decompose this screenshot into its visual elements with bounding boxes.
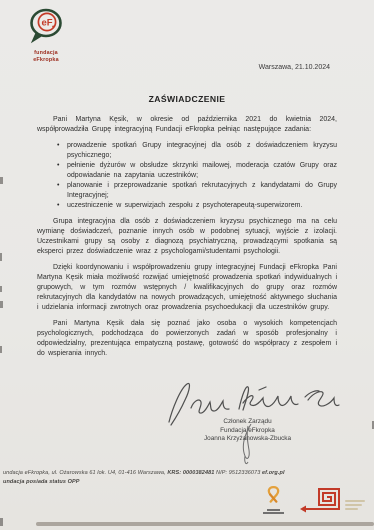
signature-block: Członek Zarządu Fundacja eFkropka Joanna… <box>160 418 335 444</box>
group-description-paragraph: Grupa integracyjna dla osób z doświadcze… <box>37 217 337 257</box>
logo-caption-line1: fundacja <box>24 50 68 57</box>
footer: undacja eFkropka, ul. Ożarowska 61 lok. … <box>3 469 285 487</box>
skills-paragraph: Dzięki koordynowaniu i współprowadzeniu … <box>37 263 337 313</box>
intro-paragraph: Pani Martyna Kęsik, w okresie od paździe… <box>37 115 337 135</box>
task-item: uczestniczenie w superwizjach zespołu z … <box>67 201 337 211</box>
scanned-certificate-page: eF fundacja eFkropka Warszawa, 21.10.202… <box>0 0 374 530</box>
document-title: ZAŚWIADCZENIE <box>0 94 374 104</box>
labyrinth-arrow-icon <box>292 483 344 513</box>
task-item: planowanie i przeprowadzanie spotkań rek… <box>67 181 337 201</box>
scan-mark <box>0 301 3 308</box>
signer-role: Członek Zarządu <box>160 418 335 427</box>
document-body: Pani Martyna Kęsik, w okresie od paździe… <box>37 115 337 365</box>
footer-opp-status: undacja posiada status OPP <box>3 478 285 487</box>
scan-mark <box>0 253 2 261</box>
ribbon-icon <box>265 486 282 503</box>
footer-address: undacja eFkropka, ul. Ożarowska 61 lok. … <box>3 470 167 476</box>
footer-address-line: undacja eFkropka, ul. Ożarowska 61 lok. … <box>3 469 285 478</box>
svg-text:eF: eF <box>41 17 52 28</box>
task-item: prowadzenie spotkań Grupy integracyjnej … <box>67 141 337 161</box>
city-and-date: Warszawa, 21.10.2024 <box>259 64 330 71</box>
task-list: prowadzenie spotkań Grupy integracyjnej … <box>37 141 337 211</box>
ribbon-caption-text <box>267 509 280 511</box>
signer-name: Joanna Krzyżanowska-Zbucka <box>160 435 335 444</box>
foundation-logo: eF fundacja eFkropka <box>24 8 68 64</box>
labyrinth-logo <box>292 483 344 518</box>
scan-mark <box>0 177 3 184</box>
scan-mark <box>0 286 2 292</box>
scan-mark <box>0 518 3 526</box>
awareness-ribbon-logo <box>262 486 284 514</box>
ribbon-caption-text <box>263 512 284 514</box>
task-item: pełnienie dyżurów w obsłudze skrzynki ma… <box>67 161 337 181</box>
closing-paragraph: Pani Martyna Kęsik dała się poznać jako … <box>37 319 337 359</box>
footer-nip: NIP: 9512336073 <box>214 470 262 476</box>
logo-caption: fundacja eFkropka <box>24 50 68 64</box>
speech-bubble-logo-icon: eF <box>26 8 66 44</box>
signer-organization: Fundacja eFkropka <box>160 427 335 436</box>
scan-mark <box>0 346 2 353</box>
scan-edge-shadow <box>36 522 374 526</box>
footer-website: ef.org.pl <box>262 470 285 476</box>
logo-caption-line2: eFkropka <box>24 57 68 64</box>
labyrinth-caption-text <box>345 500 365 512</box>
footer-krs: KRS: 0000382481 <box>167 470 214 476</box>
